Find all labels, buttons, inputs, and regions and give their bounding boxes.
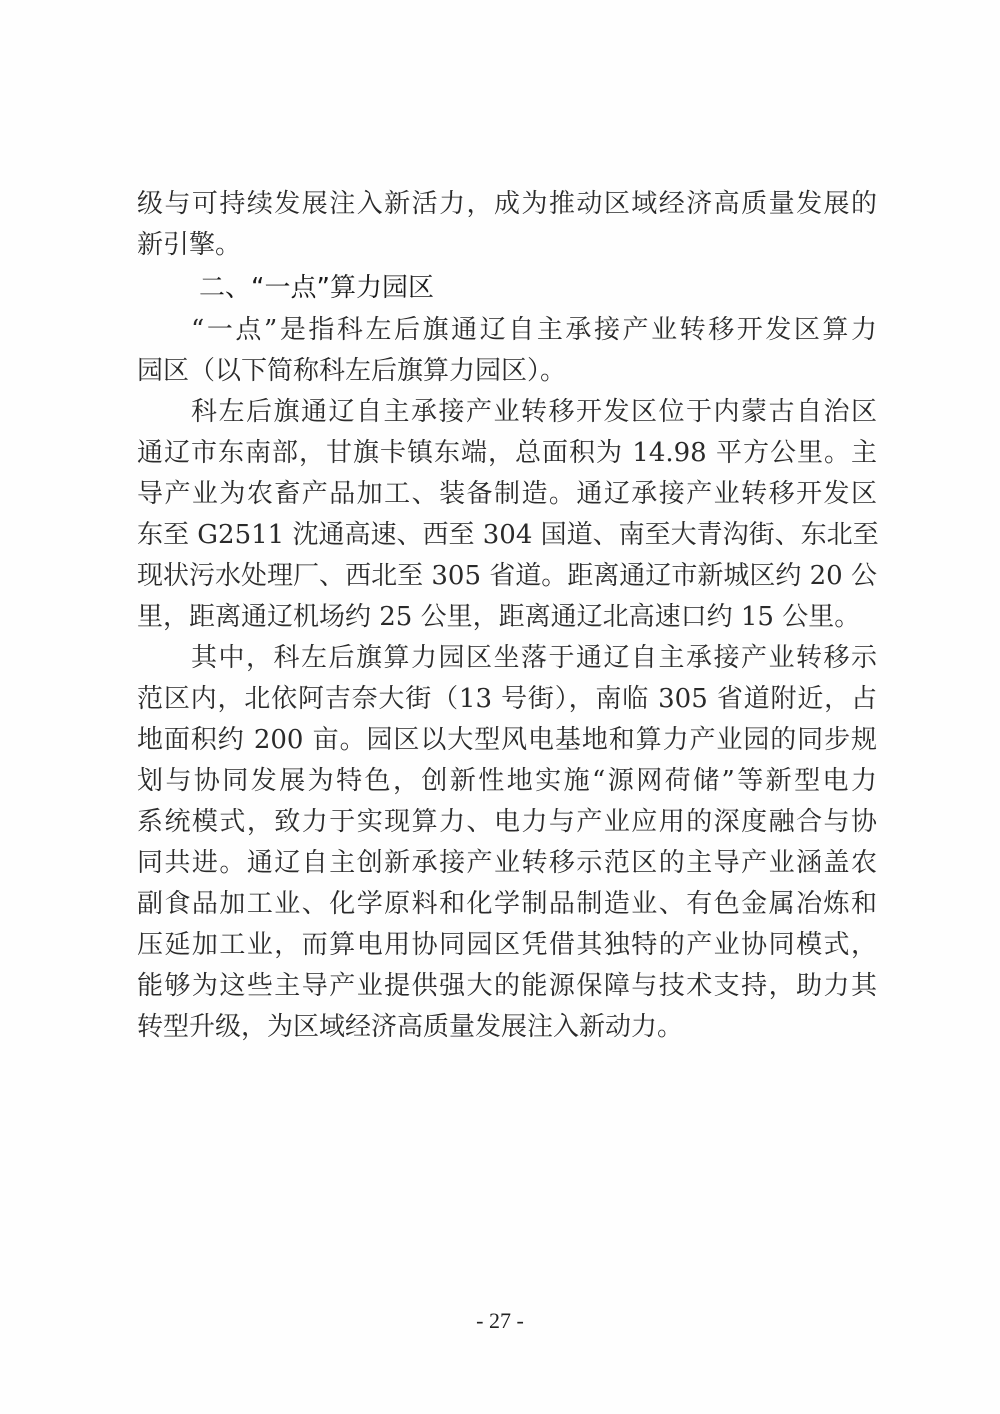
text-line: “一点”是指科左后旗通辽自主承接产业转移开发区算力	[137, 310, 877, 351]
text-line: 科左后旗通辽自主承接产业转移开发区位于内蒙古自治区	[137, 392, 877, 433]
text-line: 系统模式，致力于实现算力、电力与产业应用的深度融合与协	[137, 802, 877, 843]
text-line: 压延加工业，而算电用协同园区凭借其独特的产业协同模式，	[137, 925, 877, 966]
text-line: 里，距离通辽机场约 25 公里，距离通辽北高速口约 15 公里。	[137, 597, 877, 638]
paragraph-definition: “一点”是指科左后旗通辽自主承接产业转移开发区算力 园区（以下简称科左后旗算力园…	[137, 310, 877, 392]
text-line: 现状污水处理厂、西北至 305 省道。距离通辽市新城区约 20 公	[137, 556, 877, 597]
text-line: 其中，科左后旗算力园区坐落于通辽自主承接产业转移示	[137, 638, 877, 679]
text-line: 导产业为农畜产品加工、装备制造。通辽承接产业转移开发区	[137, 474, 877, 515]
text-line: 园区（以下简称科左后旗算力园区）。	[137, 351, 877, 392]
page-number: - 27 -	[0, 1308, 1000, 1334]
paragraph-location: 科左后旗通辽自主承接产业转移开发区位于内蒙古自治区 通辽市东南部，甘旗卡镇东端，…	[137, 392, 877, 638]
text-line: 通辽市东南部，甘旗卡镇东端，总面积为 14.98 平方公里。主	[137, 433, 877, 474]
paragraph-park-details: 其中，科左后旗算力园区坐落于通辽自主承接产业转移示 范区内，北依阿吉奈大街（13…	[137, 638, 877, 1048]
text-line: 同共进。通辽自主创新承接产业转移示范区的主导产业涵盖农	[137, 843, 877, 884]
text-line: 转型升级，为区域经济高质量发展注入新动力。	[137, 1007, 877, 1048]
document-page: 级与可持续发展注入新活力，成为推动区域经济高质量发展的 新引擎。 二、“一点”算…	[0, 0, 1000, 1414]
text-line: 能够为这些主导产业提供强大的能源保障与技术支持，助力其	[137, 966, 877, 1007]
text-line: 新引擎。	[137, 225, 877, 266]
page-content: 级与可持续发展注入新活力，成为推动区域经济高质量发展的 新引擎。 二、“一点”算…	[137, 184, 877, 1048]
text-line: 级与可持续发展注入新活力，成为推动区域经济高质量发展的	[137, 184, 877, 225]
text-line: 东至 G2511 沈通高速、西至 304 国道、南至大青沟街、东北至	[137, 515, 877, 556]
text-line: 范区内，北依阿吉奈大街（13 号街），南临 305 省道附近，占	[137, 679, 877, 720]
section-heading: 二、“一点”算力园区	[137, 266, 877, 310]
text-line: 划与协同发展为特色，创新性地实施“源网荷储”等新型电力	[137, 761, 877, 802]
paragraph-continuation: 级与可持续发展注入新活力，成为推动区域经济高质量发展的 新引擎。	[137, 184, 877, 266]
text-line: 地面积约 200 亩。园区以大型风电基地和算力产业园的同步规	[137, 720, 877, 761]
text-line: 副食品加工业、化学原料和化学制品制造业、有色金属冶炼和	[137, 884, 877, 925]
